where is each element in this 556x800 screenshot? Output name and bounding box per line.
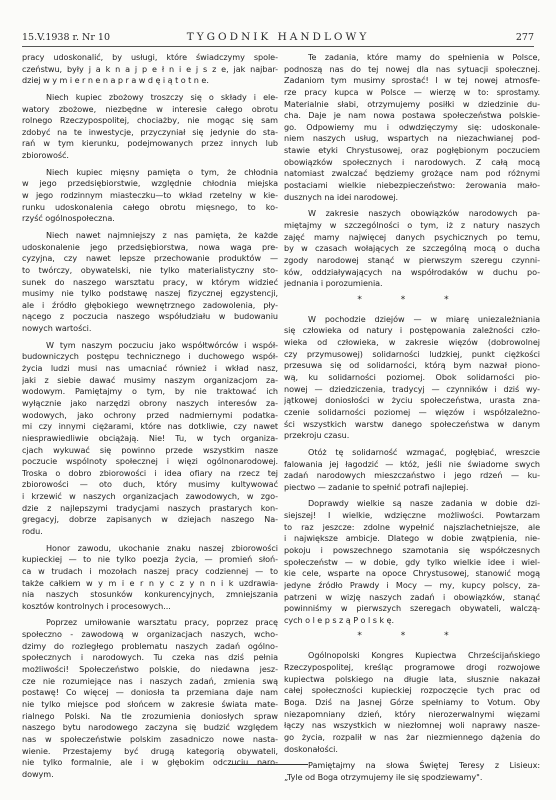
page-number: 277	[516, 32, 534, 43]
text-line: czy przymusowej) solidarności ludzkiej, …	[284, 349, 540, 361]
text-line: ków, oddziaływających na współrodaków w …	[284, 267, 540, 279]
end-rule-left	[228, 764, 278, 765]
section-separator: * * *	[284, 295, 540, 309]
text-line: wienie. Przestajemy być drugą kategorią …	[22, 746, 278, 758]
paragraph: W tym naszym poczuciu jako współtwórców …	[22, 340, 278, 538]
text-line: rzyść ogólnospołeczna.	[22, 213, 278, 225]
text-line: rodu.	[22, 526, 278, 538]
paragraph: Ogólnopolski Kongres Kupiectwa Chrześcij…	[284, 650, 540, 755]
text-line: nie tylko formalnie, ale i w głębokim od…	[22, 757, 278, 769]
text-line: piectwo — zadanie to spełnić potrafi naj…	[284, 482, 540, 494]
text-line: Pamiętajmy na słowa Świętej Teresy z Lis…	[284, 760, 540, 772]
text-line: go życia, rozpalił w nas żar niezmienneg…	[284, 732, 540, 744]
text-line: falowania jej łagodzić — któż, jeśli nie…	[284, 459, 540, 471]
paragraph: Pamiętajmy na słowa Świętej Teresy z Lis…	[284, 760, 540, 783]
text-line: nowej — dziedziczenia, tradycyj — czynni…	[284, 384, 540, 396]
text-line: kosztów kontrolnych i procesowych...	[22, 601, 278, 613]
text-line: W zakresie naszych obowiązków narodowych…	[284, 208, 540, 220]
text-line: postaciami wielkie niebezpieczeństwo: że…	[284, 180, 540, 192]
text-line: pokoju i powszechnego szamotania się wsp…	[284, 545, 540, 557]
text-line: życia ludzi musi nas umacniać również i …	[22, 363, 278, 375]
text-line: udoskonalenie jego przedsiębiorstwa, now…	[22, 242, 278, 254]
text-line: i największe ambicje. Dlatego w dobie zw…	[284, 533, 540, 545]
text-line: to raz jeszcze: zdolne wypełnić najszlac…	[284, 522, 540, 534]
text-line: rolnego Rzeczypospolitej, chociażby, nie…	[22, 115, 278, 127]
text-line: rań w tym kierunku, podejmowanych przez …	[22, 138, 278, 150]
text-line: niezapomniany dzień, który nierozerwalny…	[284, 709, 540, 721]
text-line: zajęć mamy najwięcej danych psychicznych…	[284, 232, 540, 244]
text-line: dzimy do rozległego problematu naszych z…	[22, 641, 278, 653]
paragraph: Honor zawodu, ukochanie znaku naszej zbi…	[22, 543, 278, 613]
text-line: się człowieka od natury i postępowania z…	[284, 325, 540, 337]
text-line: to twórczy, obywatelski, nie tylko mater…	[22, 265, 278, 277]
left-column: pracy udoskonalić, by usługi, które świa…	[22, 52, 278, 785]
text-line: społecznych i narodowych. Tu czeka nas d…	[22, 652, 278, 664]
text-line: jątkowej doniosłości w życiu społeczeńst…	[284, 395, 540, 407]
text-line: siejszej! I wielkie, wdzięczne możliwośc…	[284, 510, 540, 522]
text-line: Troska o dobro zbiorowości i idea ofiary…	[22, 468, 278, 480]
text-line: obowiązków społecznych i narodowych. Z c…	[284, 157, 540, 169]
text-line: niem naszych usług, wspartych na niezach…	[284, 133, 540, 145]
text-line: Rzeczypospolitej, kreśląc programowe dro…	[284, 662, 540, 674]
text-line: przesuwa się od solidarności, którą bym …	[284, 360, 540, 372]
text-line: jaki z siebie dawać musimy naszym organi…	[22, 375, 278, 387]
text-line: Ogólnopolski Kongres Kupiectwa Chrześcij…	[284, 650, 540, 662]
paragraph: W pochodzie dziejów — w miarę uniezależn…	[284, 314, 540, 442]
text-line: kie cele, wsparte na opoce Chrystusowej,…	[284, 568, 540, 580]
text-line: w jego przedsiębiorstwie, względnie chło…	[22, 178, 278, 190]
paragraph: Otóż tę solidarność wzmagać, pogłębiać, …	[284, 447, 540, 494]
text-line: mi czy innymi ciężarami, które nas dotkl…	[22, 421, 278, 433]
text-line: wyłącznie jako narzędzi obrony naszych i…	[22, 398, 278, 410]
text-line: naszego bytu narodowego zaczyna się budz…	[22, 722, 278, 734]
text-line: Honor zawodu, ukochanie znaku naszej zbi…	[22, 543, 278, 555]
text-line: dusznych na idei narodowej.	[284, 192, 540, 204]
text-line: cha. Daje je nam nowa postawa społeczeńs…	[284, 110, 540, 122]
paragraph: pracy udoskonalić, by usługi, które świa…	[22, 52, 278, 87]
text-line: cze nie rozumiejące nas i naszych zadań,…	[22, 676, 278, 688]
text-line: zgody narodowej stanąć w pierwszym szere…	[284, 255, 540, 267]
text-line: jedyne źródło Prawdy i Mocy — my, kupcy …	[284, 580, 540, 592]
text-line: pracy udoskonalić, by usługi, które świa…	[22, 52, 278, 64]
text-line: rialnego Polski. Na tle zrozumienia doni…	[22, 711, 278, 723]
text-line: Doprawdy wielkie są nasze zadania w dobi…	[284, 498, 540, 510]
text-line: natomiast zwalczać będziemy grożące nam …	[284, 168, 540, 180]
paragraph: Niech kupiec mięsny pamięta o tym, że ch…	[22, 167, 278, 225]
text-line: sunek do naszego warsztatu pracy, w któr…	[22, 277, 278, 289]
text-line: budowniczych postępu technicznego i duch…	[22, 351, 278, 363]
text-line: cych o l e p s z ą P o l s k ę.	[284, 615, 540, 627]
text-line: musimy nie tylko podstawę naszej fizyczn…	[22, 288, 278, 300]
text-line: ści wszystkich warstw danego społeczeńst…	[284, 419, 540, 431]
page-header: 15.V.1938 r. Nr 10 TYGODNIK HANDLOWY 277	[22, 30, 534, 47]
paragraph: W zakresie naszych obowiązków narodowych…	[284, 208, 540, 289]
text-line: łączy nas wszystkich w niezłomnej woli n…	[284, 720, 540, 732]
text-line: Materialnie słabi, otrzymujemy posiłki w…	[284, 99, 540, 111]
text-line: Zadaniom tym musimy sprostać! I w tej no…	[284, 75, 540, 87]
text-line: wą, ku solidarności poziomej. Obok solid…	[284, 372, 540, 384]
text-line: cjach wykuwać się powinno przede wszystk…	[22, 445, 278, 457]
text-line: podnoszą nas do tej nowej dla nas sytuac…	[284, 64, 540, 76]
paragraph: Doprawdy wielkie są nasze zadania w dobi…	[284, 498, 540, 626]
right-column: Te zadania, które mamy do spełnienia w P…	[284, 52, 540, 789]
text-line: gregacyj, dobrze zapisanych w dziejach n…	[22, 514, 278, 526]
text-line: społeczno - zawodową w organizacjach nas…	[22, 629, 278, 641]
text-line: jednania i porozumienia.	[284, 278, 540, 290]
publication-title: TYGODNIK HANDLOWY	[22, 31, 534, 43]
text-line: kupieckiej — to nie tylko poezja życia, …	[22, 554, 278, 566]
text-line: w jego rodzinnym miasteczku—to wkład rze…	[22, 190, 278, 202]
text-line: nowych wartości.	[22, 323, 278, 335]
text-line: W pochodzie dziejów — w miarę uniezależn…	[284, 314, 540, 326]
text-line: Niech kupiec mięsny pamięta o tym, że ch…	[22, 167, 278, 179]
text-line: nia naszych stosunków konkurencyjnych, z…	[22, 589, 278, 601]
text-line: cyzyjna, czy nawet lepsze przechowanie p…	[22, 253, 278, 265]
text-line: dzie z najlepszymi tradycjami naszych pr…	[22, 503, 278, 515]
text-line: także całkiem w y m i e r n y c z y n n …	[22, 578, 278, 590]
text-line: Niech nawet najmniejszy z nas pamięta, ż…	[22, 230, 278, 242]
text-line: patrzeni w wizję naszych zadań i obowiąz…	[284, 592, 540, 604]
text-line: ale i źródło głębokiego wewnętrznego zad…	[22, 300, 278, 312]
text-line: czenie solidarności poziomej — więzów i …	[284, 407, 540, 419]
text-line: przekroju czasu.	[284, 430, 540, 442]
text-line: miętajmy w szczególności o tym, iż z nat…	[284, 220, 540, 232]
text-line: watory zbożowe, niezbędne w interesie ca…	[22, 104, 278, 116]
text-line: całej społeczności kupieckiej rozpoczęci…	[284, 685, 540, 697]
text-line: powinniśmy w pierwszych szeregach obywat…	[284, 603, 540, 615]
text-line: Te zadania, które mamy do spełnienia w P…	[284, 52, 540, 64]
text-line: dowym.	[22, 769, 278, 781]
text-line: nie tylko miejsce pod słońcem w zakresie…	[22, 699, 278, 711]
text-line: W tym naszym poczuciu jako współtwórców …	[22, 340, 278, 352]
text-line: dziej w y m i e r n e n a p r a w d ę i …	[22, 75, 278, 87]
text-line: go. Odpowiemy mu i odwdzięczymy się: udo…	[284, 122, 540, 134]
text-line: wieka od człowieka, w zakresie więzów (d…	[284, 337, 540, 349]
end-rule-right	[276, 764, 308, 765]
text-line: Boga. Dziś na Jasnej Górze spełniamy to …	[284, 697, 540, 709]
text-line: zbiorowości — oto duch, który musimy kul…	[22, 479, 278, 491]
text-line: zbiorowość.	[22, 150, 278, 162]
paragraph: Poprzez umiłowanie warsztatu pracy, popr…	[22, 617, 278, 780]
section-separator: * * *	[284, 631, 540, 645]
text-line: ca w trudach i mozołach naszej pracy cod…	[22, 566, 278, 578]
text-line: kupiectwa polskiego na długie lata, słus…	[284, 674, 540, 686]
text-line: zdobyć na te inwestycje, przyczyniał się…	[22, 127, 278, 139]
text-line: i krzewić w naszych organizacjach zawodo…	[22, 491, 278, 503]
text-line: poczucie wspólnoty społecznej i więzi og…	[22, 456, 278, 468]
text-line: wodowym. Pamiętajmy o tym, by nie trakto…	[22, 386, 278, 398]
text-line: Poprzez umiłowanie warsztatu pracy, popr…	[22, 617, 278, 629]
text-line: społeczeństw — w dobie, gdy tylko wielki…	[284, 557, 540, 569]
text-line: runku udoskonalenia całego obrotu mięsne…	[22, 202, 278, 214]
text-line: nącego z poczucia naszego współudziału w…	[22, 311, 278, 323]
text-line: rze pracy kupca w Polsce — wierzę w to: …	[284, 87, 540, 99]
text-line: Otóż tę solidarność wzmagać, pogłębiać, …	[284, 447, 540, 459]
text-line: „Tyle od Boga otrzymujemy ile się spodzi…	[284, 772, 540, 784]
text-line: nas w społeczeństwie polskim zasadniczo …	[22, 734, 278, 746]
text-line: możliwości! Społeczeństwo polskie, do ni…	[22, 664, 278, 676]
text-line: doskonałości.	[284, 744, 540, 756]
text-line: zadań narodowych mieszczaństwo i jego rd…	[284, 470, 540, 482]
paragraph: Niech kupiec zbożowy troszczy się o skła…	[22, 92, 278, 162]
paragraph: Niech nawet najmniejszy z nas pamięta, ż…	[22, 230, 278, 335]
text-line: niesprawiedliwie obciążają. Nie! Tu, w t…	[22, 433, 278, 445]
text-line: by w czasach wołających ze szczególną mo…	[284, 243, 540, 255]
text-line: stawie etyki Chrystusowej, oraz pogłębio…	[284, 145, 540, 157]
paragraph: Te zadania, które mamy do spełnienia w P…	[284, 52, 540, 203]
text-line: postawę! Co więcej — doniosła ta przemia…	[22, 687, 278, 699]
text-line: czeństwu, były j a k n a j p e ł n i e j…	[22, 64, 278, 76]
text-line: wodowych, jako ochrony przed nadmiernymi…	[22, 410, 278, 422]
text-line: Niech kupiec zbożowy troszczy się o skła…	[22, 92, 278, 104]
